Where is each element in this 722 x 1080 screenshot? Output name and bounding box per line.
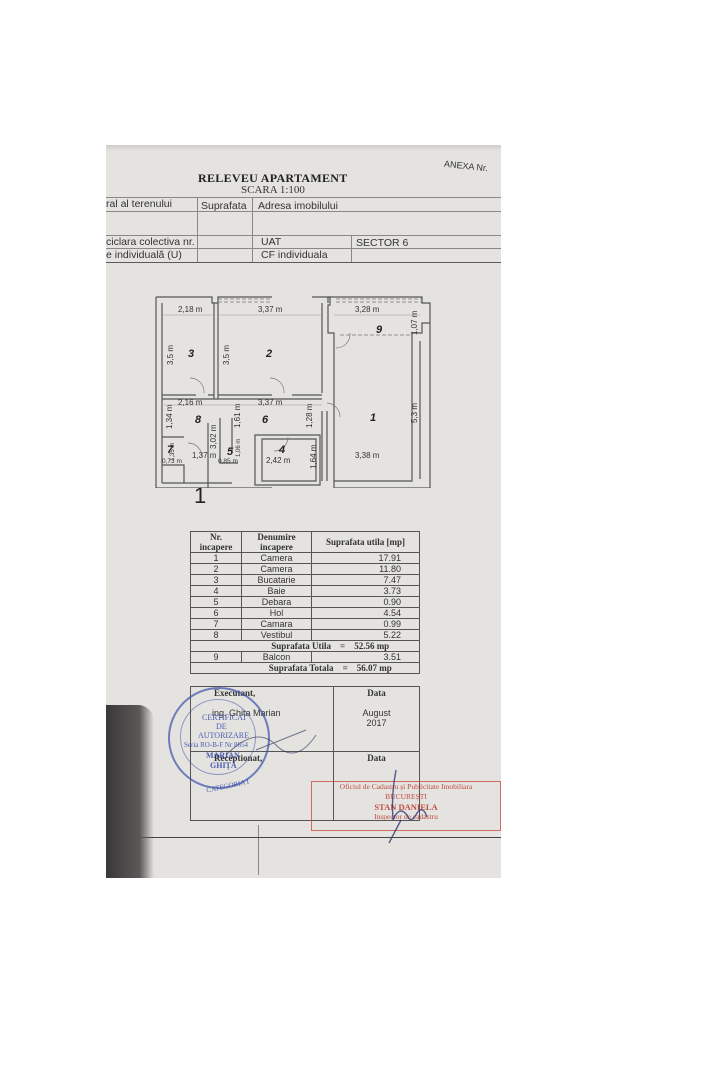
cell-nr: 3 — [191, 575, 242, 586]
dim-room7-width: 0,73 m — [162, 458, 182, 465]
dim-room6-width: 3,37 m — [258, 398, 283, 407]
room-4-label: 4 — [278, 444, 285, 456]
inspector-signature — [361, 765, 451, 845]
header-area: Suprafata — [201, 200, 247, 212]
date-month: August — [335, 708, 418, 718]
dim-room9-width: 3,28 m — [355, 305, 380, 314]
room-5-label: 5 — [227, 446, 234, 458]
cell-nr: 8 — [191, 630, 242, 641]
header-nr: Nr. incapere — [191, 532, 242, 553]
cell-name: Vestibul — [242, 630, 312, 641]
header-area: Suprafata utila [mp] — [312, 532, 420, 553]
room-6-label: 6 — [262, 414, 269, 426]
cell-nr: 9 — [191, 652, 242, 663]
finger-shadow — [106, 705, 154, 878]
frame-line — [106, 837, 501, 838]
blank-cell — [191, 641, 242, 652]
cell-nr: 6 — [191, 608, 242, 619]
header-collective: ciclara colectiva nr. — [106, 236, 195, 248]
dim-room1-height: 5,3 m — [410, 403, 419, 423]
header-divider — [351, 235, 352, 262]
header-name: Denumire incapere — [242, 532, 312, 553]
cell-area: 11.80 — [312, 564, 420, 575]
document-photo: ANEXA Nr. RELEVEU APARTAMENT SCARA 1:100… — [106, 145, 501, 878]
floor-plan: 3 2 1 9 8 6 7 5 4 2,18 m 3,37 m 3,28 m 3… — [152, 293, 438, 488]
header-rule — [106, 262, 501, 263]
total-area-label: Suprafata Totala — [269, 663, 334, 673]
page-edge — [106, 145, 501, 151]
total-area-value: 56.07 mp — [357, 663, 392, 673]
cell-nr: 7 — [191, 619, 242, 630]
cell-name: Bucatarie — [242, 575, 312, 586]
table-row: 5Debara0.90 — [191, 597, 420, 608]
dim-room8-height: 3,02 m — [209, 424, 218, 449]
cell-name: Baie — [242, 586, 312, 597]
room-9-label: 9 — [376, 324, 383, 336]
table-row: 7Camara0.99 — [191, 619, 420, 630]
date-year: 2017 — [335, 718, 418, 728]
cell-name: Balcon — [242, 652, 312, 663]
total-area-row: Suprafata Totala = 56.07 mp — [191, 663, 420, 674]
cell-area: 0.99 — [312, 619, 420, 630]
uat-value: SECTOR 6 — [356, 237, 408, 249]
dim-room8-left: 1,34 m — [165, 404, 174, 429]
dim-room4-height: 1,64 m — [309, 444, 318, 469]
cell-name: Debara — [242, 597, 312, 608]
annex-label: ANEXA Nr. — [444, 159, 489, 174]
document-scale: SCARA 1:100 — [241, 184, 305, 196]
room-3-label: 3 — [188, 348, 194, 360]
entrance-marker: 1 — [194, 483, 206, 509]
room-2-label: 2 — [265, 348, 272, 360]
useful-area-cell: Suprafata Utila = 52.56 mp — [242, 641, 420, 652]
cell-area: 5.22 — [312, 630, 420, 641]
cell-name: Camera — [242, 553, 312, 564]
header-divider — [197, 197, 198, 262]
table-row: 8Vestibul5.22 — [191, 630, 420, 641]
signature-scribble — [216, 715, 326, 765]
equals-sign: = — [343, 663, 348, 673]
date-label: Data — [335, 688, 418, 698]
dim-room5-height: 1,06 m — [236, 439, 242, 457]
cell-nr: 4 — [191, 586, 242, 597]
header-address: Adresa imobilului — [258, 200, 338, 212]
received-date-label: Data — [335, 753, 418, 763]
table-header: Nr. incapere Denumire incapere Suprafata… — [191, 532, 420, 553]
cell-area: 17.91 — [312, 553, 420, 564]
dim-room1-width: 3,38 m — [355, 451, 380, 460]
cell-name: Hol — [242, 608, 312, 619]
rooms-table: Nr. incapere Denumire incapere Suprafata… — [190, 531, 420, 674]
table-row: 6Hol4.54 — [191, 608, 420, 619]
total-area-cell: Suprafata Totala = 56.07 mp — [242, 663, 420, 674]
table-row: 3Bucatarie7.47 — [191, 575, 420, 586]
header-divider — [252, 197, 253, 262]
cell-area: 3.73 — [312, 586, 420, 597]
dim-room8-width: 2,16 m — [178, 398, 203, 407]
dim-hall-width: 1,37 m — [192, 451, 217, 460]
table-row: 2Camera11.80 — [191, 564, 420, 575]
cell-nr: 2 — [191, 564, 242, 575]
dim-room2-width: 3,37 m — [258, 305, 283, 314]
cell-name: Camara — [242, 619, 312, 630]
equals-sign: = — [340, 641, 345, 651]
dim-room6-right: 1,28 m — [305, 403, 314, 428]
header-land: ral al terenului — [106, 198, 172, 210]
room-8-label: 8 — [195, 414, 202, 426]
cell-area: 7.47 — [312, 575, 420, 586]
useful-area-label: Suprafata Utila — [271, 641, 331, 651]
useful-area-value: 52.56 mp — [354, 641, 389, 651]
blank-cell — [191, 663, 242, 674]
dim-room3-height: 3,5 m — [166, 345, 175, 365]
cell-nr: 5 — [191, 597, 242, 608]
dim-room3-width: 2,18 m — [178, 305, 203, 314]
useful-area-row: Suprafata Utila = 52.56 mp — [191, 641, 420, 652]
dim-room9-depth: 1,07 m — [410, 310, 419, 335]
uat-label: UAT — [261, 236, 281, 248]
cell-name: Camera — [242, 564, 312, 575]
cell-nr: 1 — [191, 553, 242, 564]
table-row-balcony: 9Balcon3.51 — [191, 652, 420, 663]
dim-room5-width: 0,85 m — [218, 458, 238, 465]
cf-label: CF individuala — [261, 249, 328, 261]
dim-room4-width: 2,42 m — [266, 456, 291, 465]
dim-room2-height: 3,5 m — [222, 345, 231, 365]
room-1-label: 1 — [370, 412, 376, 424]
table-row: 1Camera17.91 — [191, 553, 420, 564]
frame-line — [258, 825, 259, 875]
cell-area: 4.54 — [312, 608, 420, 619]
table-row: 4Baie3.73 — [191, 586, 420, 597]
dim-room6-left: 1,61 m — [233, 403, 242, 428]
cell-area: 3.51 — [312, 652, 420, 663]
cell-area: 0.90 — [312, 597, 420, 608]
header-individual: e individuală (U) — [106, 249, 182, 261]
executed-date-cell: Data August 2017 — [334, 687, 420, 752]
